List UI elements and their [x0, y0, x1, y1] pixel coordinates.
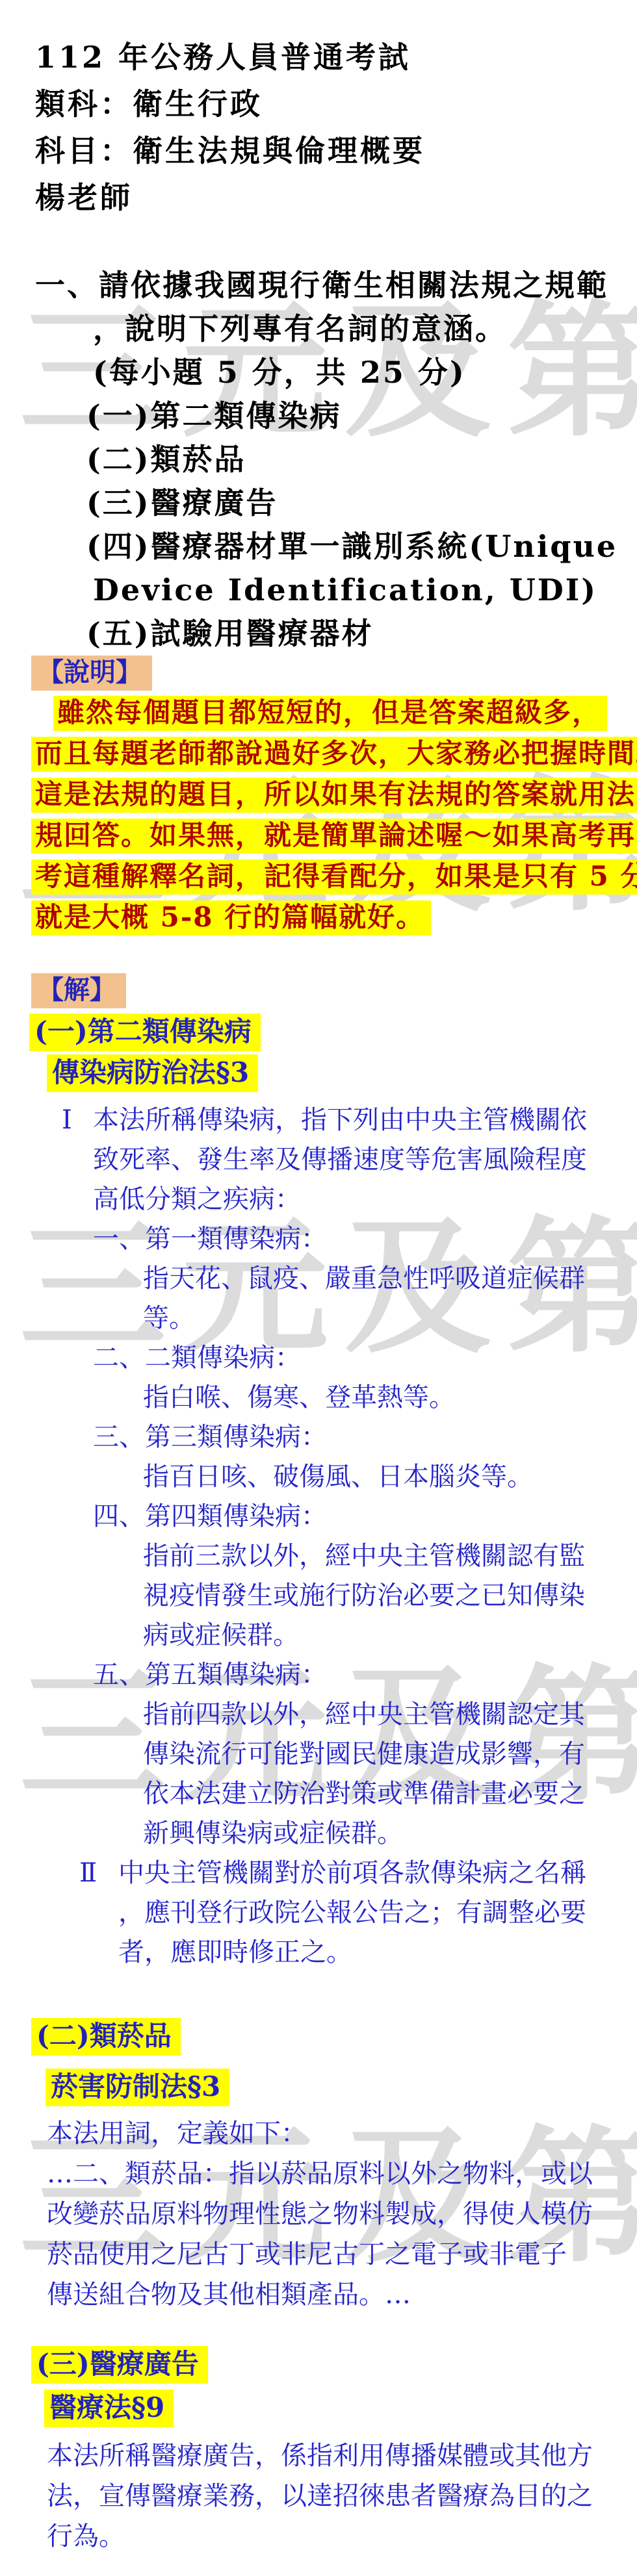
statute-text-part2: 本法用詞，定義如下： …二、類菸品：指以菸品原料以外之物料，或以 改變菸品原料物…: [0, 2113, 637, 2315]
note-line: 考這種解釋名詞，記得看配分，如果是只有 5 分，: [31, 860, 637, 895]
note-paragraph: 雖然每個題目都短短的，但是答案超級多， 而且每題老師都說過好多次，大家務必把握時…: [0, 696, 637, 936]
statute-line: 致死率、發生率及傳播速度等危害風險程度: [93, 1140, 637, 1180]
note-line: 規回答。如果無，就是簡單論述喔～如果高考再: [31, 819, 637, 854]
statute-line: 指前四款以外，經中央主管機關認定其: [143, 1695, 637, 1735]
note-line: 這是法規的題目，所以如果有法規的答案就用法: [31, 778, 637, 813]
question-subitem: (一)第二類傳染病: [86, 394, 637, 438]
statute-line: 等。: [143, 1299, 637, 1338]
note-line: 而且每題老師都說過好多次，大家務必把握時間。: [31, 737, 637, 772]
statute-line: 指百日咳、破傷風、日本腦炎等。: [143, 1457, 637, 1497]
statute-line: 傳送組合物及其他相類產品。…: [47, 2275, 637, 2315]
statute-line: 法，宣傳醫療業務，以達招徠患者醫療為目的之: [47, 2476, 637, 2516]
statute-line: 病或症候群。: [143, 1616, 637, 1655]
law-reference-part1: 傳染病防治法§3: [47, 1054, 258, 1092]
statute-line: 三、第三類傳染病：: [93, 1418, 637, 1457]
document-content: 112 年公務人員普通考試 類科：衛生行政 科目：衛生法規與倫理概要 楊老師 一…: [0, 0, 637, 2557]
statute-line: 四、第四類傳染病：: [93, 1497, 637, 1537]
statute-line: 二、二類傳染病：: [93, 1338, 637, 1378]
statute-line: 指白喉、傷寒、登革熱等。: [143, 1378, 637, 1418]
law-reference-part3: 醫療法§9: [44, 2390, 174, 2427]
exam-notes-page: 三元及第 三元及第 三元及第 三元及第 三元及第 112 年公務人員普通考試 類…: [0, 0, 637, 2576]
statute-line-text: 中央主管機關對於前項各款傳染病之名稱: [118, 1858, 586, 1888]
question-block: 一、請依據我國現行衛生相關法規之規範 ，說明下列專有名詞的意涵。 (每小題 5 …: [0, 264, 637, 656]
clause-numeral: Ⅱ: [79, 1854, 118, 1893]
statute-line: 本法所稱醫療廣告，係指利用傳播媒體或其他方: [47, 2436, 637, 2476]
clause-numeral: Ⅰ: [62, 1101, 93, 1140]
statute-text-part1: Ⅰ本法所稱傳染病，指下列由中央主管機關依 致死率、發生率及傳播速度等危害風險程度…: [0, 1101, 637, 1972]
note-line: 雖然每個題目都短短的，但是答案超級多，: [53, 696, 607, 731]
statute-line: 視疫情發生或施行防治必要之已知傳染: [143, 1576, 637, 1616]
statute-line: 改變菸品原料物理性態之物料製成，得使人模仿: [47, 2194, 637, 2234]
statute-line: 本法用詞，定義如下：: [47, 2113, 637, 2154]
exam-title: 112 年公務人員普通考試: [35, 34, 637, 81]
statute-line: Ⅱ中央主管機關對於前項各款傳染病之名稱: [79, 1854, 637, 1893]
statute-line: 依本法建立防治對策或準備計畫必要之: [143, 1774, 637, 1814]
question-subitem: (三)醫療廣告: [86, 481, 637, 525]
solution-label: 【解】: [31, 973, 126, 1008]
statute-line: 指前三款以外，經中央主管機關認有監: [143, 1537, 637, 1576]
statute-line: 指天花、鼠疫、嚴重急性呼吸道症候群: [143, 1259, 637, 1299]
question-subitem: Device Identification, UDI): [93, 568, 637, 612]
section-heading-part1: (一)第二類傳染病: [29, 1014, 261, 1051]
statute-line: ，應刊登行政院公報公告之；有調整必要: [118, 1893, 637, 1933]
question-subitem: (五)試驗用醫療器材: [86, 612, 637, 656]
note-label: 【說明】: [31, 656, 152, 691]
statute-line: …二、類菸品：指以菸品原料以外之物料，或以: [47, 2154, 637, 2194]
exam-category: 類科：衛生行政: [35, 81, 637, 127]
note-line: 就是大概 5-8 行的篇幅就好。: [31, 900, 431, 936]
statute-line: 者，應即時修正之。: [118, 1933, 637, 1972]
question-points: (每小題 5 分，共 25 分): [93, 351, 637, 394]
question-subitem: (四)醫療器材單一識別系統(Unique: [86, 525, 637, 568]
question-line: ，說明下列專有名詞的意涵。: [93, 307, 637, 351]
teacher-name: 楊老師: [35, 174, 637, 221]
question-line: 一、請依據我國現行衛生相關法規之規範: [35, 264, 637, 307]
statute-line: 一、第一類傳染病：: [93, 1219, 637, 1259]
exam-subject: 科目：衛生法規與倫理概要: [35, 127, 637, 174]
statute-line: Ⅰ本法所稱傳染病，指下列由中央主管機關依: [62, 1101, 637, 1140]
statute-text-part3: 本法所稱醫療廣告，係指利用傳播媒體或其他方 法，宣傳醫療業務，以達招徠患者醫療為…: [0, 2436, 637, 2557]
statute-line-text: 本法所稱傳染病，指下列由中央主管機關依: [93, 1105, 587, 1135]
statute-line: 五、第五類傳染病：: [93, 1655, 637, 1695]
law-reference-part2: 菸害防制法§3: [45, 2069, 229, 2106]
statute-line: 傳染流行可能對國民健康造成影響，有: [143, 1735, 637, 1774]
section-heading-part3: (三)醫療廣告: [31, 2346, 208, 2384]
statute-line: 菸品使用之尼古丁或非尼古丁之電子或非電子: [47, 2234, 637, 2275]
statute-line: 高低分類之疾病：: [93, 1180, 637, 1219]
question-subitem: (二)類菸品: [86, 438, 637, 481]
section-heading-part2: (二)類菸品: [31, 2018, 181, 2056]
document-header: 112 年公務人員普通考試 類科：衛生行政 科目：衛生法規與倫理概要 楊老師: [0, 34, 637, 221]
statute-line: 新興傳染病或症候群。: [143, 1814, 637, 1854]
statute-line: 行為。: [47, 2516, 637, 2557]
